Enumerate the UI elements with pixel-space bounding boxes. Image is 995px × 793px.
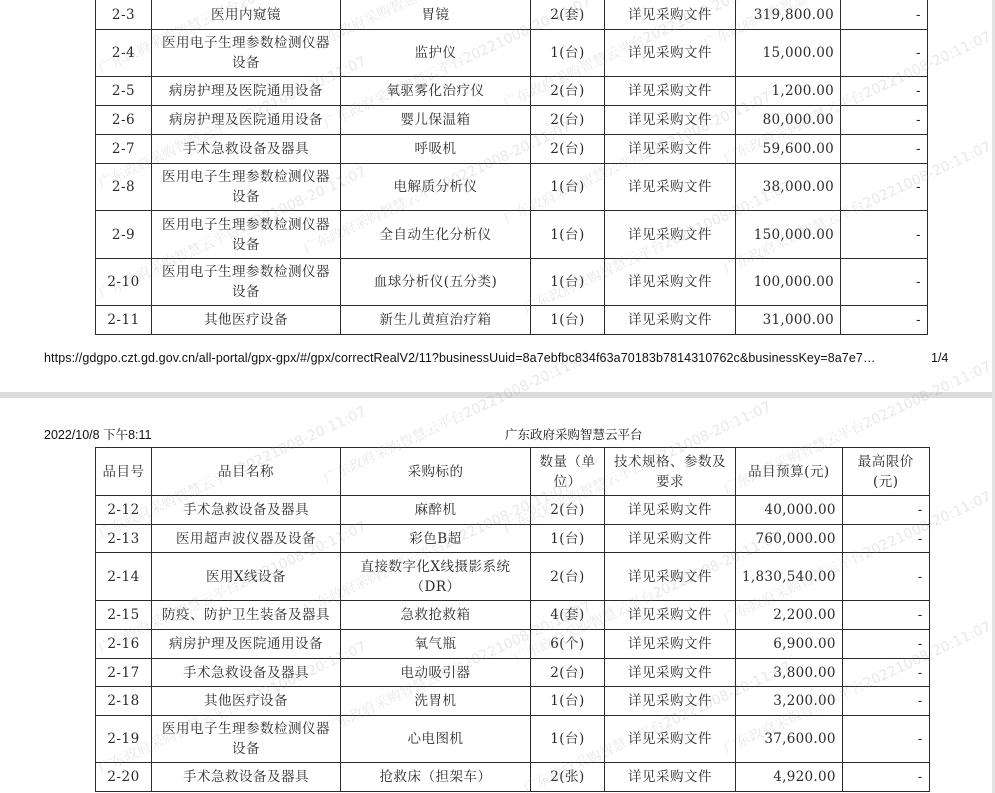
item-name-cell: 医用内窥镜 xyxy=(152,0,341,30)
item-name-cell: 其他医疗设备 xyxy=(152,687,341,716)
item-name-cell: 病房护理及医院通用设备 xyxy=(152,630,341,659)
item-name-cell: 医用超声波仪器及设备 xyxy=(152,525,341,553)
table-row: 2-17手术急救设备及器具电动吸引器2(台)详见采购文件3,800.00- xyxy=(96,659,930,687)
max-price-cell: - xyxy=(842,687,929,716)
item-name-cell: 其他医疗设备 xyxy=(152,306,341,335)
max-price-cell: - xyxy=(841,30,928,77)
quantity-cell: 2(台) xyxy=(531,106,605,135)
table-header-row: 品目号 品目名称 采购标的 数量（单位） 技术规格、参数及要求 品目预算(元) … xyxy=(96,448,930,496)
budget-cell: 3,800.00 xyxy=(736,659,843,687)
table-row: 2-5病房护理及医院通用设备氧驱雾化治疗仪2(台)详见采购文件1,200.00- xyxy=(96,77,928,106)
header-item-no: 品目号 xyxy=(96,448,152,496)
spec-cell: 详见采购文件 xyxy=(605,630,736,659)
quantity-cell: 1(台) xyxy=(531,716,605,763)
item-no-cell: 2-5 xyxy=(96,77,152,106)
quantity-cell: 1(台) xyxy=(531,211,605,259)
table-row: 2-19医用电子生理参数检测仪器设备心电图机1(台)详见采购文件37,600.0… xyxy=(96,716,930,763)
budget-cell: 760,000.00 xyxy=(736,525,843,553)
table-row: 2-15防疫、防护卫生装备及器具急救抢救箱4(套)详见采购文件2,200.00- xyxy=(96,601,930,630)
max-price-cell: - xyxy=(841,0,928,30)
quantity-cell: 2(套) xyxy=(531,0,605,30)
max-price-cell: - xyxy=(841,164,928,211)
spec-cell: 详见采购文件 xyxy=(605,659,736,687)
quantity-cell: 4(套) xyxy=(531,601,605,630)
item-no-cell: 2-9 xyxy=(96,211,152,259)
target-cell: 急救抢救箱 xyxy=(341,601,531,630)
print-header-site-title: 广东政府采购智慧云平台 xyxy=(505,425,643,443)
table-row: 2-10医用电子生理参数检测仪器设备血球分析仪(五分类)1(台)详见采购文件10… xyxy=(96,259,928,306)
item-name-cell: 手术急救设备及器具 xyxy=(152,496,341,525)
item-name-cell: 医用电子生理参数检测仪器设备 xyxy=(152,259,341,306)
target-cell: 氧驱雾化治疗仪 xyxy=(341,77,531,106)
item-no-cell: 2-18 xyxy=(96,687,152,716)
quantity-cell: 1(台) xyxy=(531,164,605,211)
item-name-cell: 医用X线设备 xyxy=(152,553,341,601)
target-cell: 洗胃机 xyxy=(341,687,531,716)
item-name-cell: 手术急救设备及器具 xyxy=(152,659,341,687)
pdf-page-2: 2022/10/8 下午8:11 广东政府采购智慧云平台 品目号 品目名称 采购… xyxy=(0,398,992,793)
item-no-cell: 2-4 xyxy=(96,30,152,77)
item-no-cell: 2-13 xyxy=(96,525,152,553)
print-header-datetime: 2022/10/8 下午8:11 xyxy=(44,425,151,443)
spec-cell: 详见采购文件 xyxy=(605,763,736,792)
max-price-cell: - xyxy=(842,763,929,792)
item-no-cell: 2-12 xyxy=(96,496,152,525)
budget-cell: 2,200.00 xyxy=(736,601,843,630)
header-quantity: 数量（单位） xyxy=(531,448,605,496)
budget-cell: 1,200.00 xyxy=(736,77,841,106)
max-price-cell: - xyxy=(842,659,929,687)
quantity-cell: 1(台) xyxy=(531,259,605,306)
target-cell: 婴儿保温箱 xyxy=(341,106,531,135)
header-budget: 品目预算(元) xyxy=(736,448,843,496)
item-name-cell: 医用电子生理参数检测仪器设备 xyxy=(152,30,341,77)
target-cell: 电动吸引器 xyxy=(341,659,531,687)
spec-cell: 详见采购文件 xyxy=(605,525,736,553)
header-spec: 技术规格、参数及要求 xyxy=(605,448,736,496)
item-name-cell: 医用电子生理参数检测仪器设备 xyxy=(152,164,341,211)
quantity-cell: 2(台) xyxy=(531,553,605,601)
header-target: 采购标的 xyxy=(341,448,531,496)
spec-cell: 详见采购文件 xyxy=(605,106,736,135)
target-cell: 彩色B超 xyxy=(341,525,531,553)
table-row: 2-8医用电子生理参数检测仪器设备电解质分析仪1(台)详见采购文件38,000.… xyxy=(96,164,928,211)
budget-cell: 150,000.00 xyxy=(736,211,841,259)
header-max-price: 最高限价(元) xyxy=(842,448,929,496)
spec-cell: 详见采购文件 xyxy=(605,164,736,211)
max-price-cell: - xyxy=(841,106,928,135)
target-cell: 全自动生化分析仪 xyxy=(341,211,531,259)
max-price-cell: - xyxy=(842,525,929,553)
max-price-cell: - xyxy=(841,306,928,335)
max-price-cell: - xyxy=(841,259,928,306)
budget-cell: 15,000.00 xyxy=(736,30,841,77)
table-row: 2-13医用超声波仪器及设备彩色B超1(台)详见采购文件760,000.00- xyxy=(96,525,930,553)
item-no-cell: 2-7 xyxy=(96,135,152,164)
table-row: 2-6病房护理及医院通用设备婴儿保温箱2(台)详见采购文件80,000.00- xyxy=(96,106,928,135)
spec-cell: 详见采购文件 xyxy=(605,211,736,259)
item-no-cell: 2-3 xyxy=(96,0,152,30)
spec-cell: 详见采购文件 xyxy=(605,716,736,763)
procurement-table-page-2: 品目号 品目名称 采购标的 数量（单位） 技术规格、参数及要求 品目预算(元) … xyxy=(95,447,930,792)
max-price-cell: - xyxy=(842,496,929,525)
table-row: 2-9医用电子生理参数检测仪器设备全自动生化分析仪1(台)详见采购文件150,0… xyxy=(96,211,928,259)
target-cell: 氧气瓶 xyxy=(341,630,531,659)
item-no-cell: 2-17 xyxy=(96,659,152,687)
max-price-cell: - xyxy=(841,211,928,259)
item-no-cell: 2-11 xyxy=(96,306,152,335)
table-row: 2-16病房护理及医院通用设备氧气瓶6(个)详见采购文件6,900.00- xyxy=(96,630,930,659)
item-name-cell: 病房护理及医院通用设备 xyxy=(152,106,341,135)
quantity-cell: 1(台) xyxy=(531,306,605,335)
budget-cell: 59,600.00 xyxy=(736,135,841,164)
max-price-cell: - xyxy=(841,77,928,106)
spec-cell: 详见采购文件 xyxy=(605,30,736,77)
item-name-cell: 手术急救设备及器具 xyxy=(152,135,341,164)
pdf-page-1: 2-3医用内窥镜胃镜2(套)详见采购文件319,800.00-2-4医用电子生理… xyxy=(0,0,992,392)
item-no-cell: 2-14 xyxy=(96,553,152,601)
spec-cell: 详见采购文件 xyxy=(605,601,736,630)
budget-cell: 6,900.00 xyxy=(736,630,843,659)
budget-cell: 3,200.00 xyxy=(736,687,843,716)
spec-cell: 详见采购文件 xyxy=(605,496,736,525)
quantity-cell: 1(台) xyxy=(531,687,605,716)
target-cell: 血球分析仪(五分类) xyxy=(341,259,531,306)
budget-cell: 40,000.00 xyxy=(736,496,843,525)
target-cell: 电解质分析仪 xyxy=(341,164,531,211)
spec-cell: 详见采购文件 xyxy=(605,0,736,30)
target-cell: 胃镜 xyxy=(341,0,531,30)
budget-cell: 1,830,540.00 xyxy=(736,553,843,601)
table-row: 2-4医用电子生理参数检测仪器设备监护仪1(台)详见采购文件15,000.00- xyxy=(96,30,928,77)
procurement-table-page-1: 2-3医用内窥镜胃镜2(套)详见采购文件319,800.00-2-4医用电子生理… xyxy=(95,0,928,335)
target-cell: 直接数字化X线摄影系统（DR） xyxy=(341,553,531,601)
quantity-cell: 2(台) xyxy=(531,77,605,106)
item-no-cell: 2-8 xyxy=(96,164,152,211)
budget-cell: 37,600.00 xyxy=(736,716,843,763)
budget-cell: 38,000.00 xyxy=(736,164,841,211)
target-cell: 抢救床（担架车） xyxy=(341,763,531,792)
budget-cell: 80,000.00 xyxy=(736,106,841,135)
table-row: 2-3医用内窥镜胃镜2(套)详见采购文件319,800.00- xyxy=(96,0,928,30)
budget-cell: 4,920.00 xyxy=(736,763,843,792)
item-name-cell: 手术急救设备及器具 xyxy=(152,763,341,792)
max-price-cell: - xyxy=(842,630,929,659)
spec-cell: 详见采购文件 xyxy=(605,77,736,106)
max-price-cell: - xyxy=(842,601,929,630)
target-cell: 监护仪 xyxy=(341,30,531,77)
budget-cell: 319,800.00 xyxy=(736,0,841,30)
table-row: 2-14医用X线设备直接数字化X线摄影系统（DR）2(台)详见采购文件1,830… xyxy=(96,553,930,601)
quantity-cell: 2(台) xyxy=(531,496,605,525)
max-price-cell: - xyxy=(842,716,929,763)
spec-cell: 详见采购文件 xyxy=(605,306,736,335)
quantity-cell: 2(张) xyxy=(531,763,605,792)
target-cell: 麻醉机 xyxy=(341,496,531,525)
print-footer-url: https://gdgpo.czt.gd.gov.cn/all-portal/g… xyxy=(44,351,876,365)
item-no-cell: 2-15 xyxy=(96,601,152,630)
quantity-cell: 1(台) xyxy=(531,30,605,77)
max-price-cell: - xyxy=(842,553,929,601)
table-row: 2-7手术急救设备及器具呼吸机2(台)详见采购文件59,600.00- xyxy=(96,135,928,164)
spec-cell: 详见采购文件 xyxy=(605,687,736,716)
quantity-cell: 2(台) xyxy=(531,659,605,687)
target-cell: 新生儿黄疸治疗箱 xyxy=(341,306,531,335)
quantity-cell: 6(个) xyxy=(531,630,605,659)
table-row: 2-12手术急救设备及器具麻醉机2(台)详见采购文件40,000.00- xyxy=(96,496,930,525)
item-name-cell: 医用电子生理参数检测仪器设备 xyxy=(152,716,341,763)
budget-cell: 100,000.00 xyxy=(736,259,841,306)
target-cell: 心电图机 xyxy=(341,716,531,763)
item-no-cell: 2-20 xyxy=(96,763,152,792)
table-row: 2-20手术急救设备及器具抢救床（担架车）2(张)详见采购文件4,920.00- xyxy=(96,763,930,792)
table-row: 2-18其他医疗设备洗胃机1(台)详见采购文件3,200.00- xyxy=(96,687,930,716)
item-name-cell: 防疫、防护卫生装备及器具 xyxy=(152,601,341,630)
quantity-cell: 2(台) xyxy=(531,135,605,164)
spec-cell: 详见采购文件 xyxy=(605,135,736,164)
item-name-cell: 医用电子生理参数检测仪器设备 xyxy=(152,211,341,259)
quantity-cell: 1(台) xyxy=(531,525,605,553)
item-no-cell: 2-16 xyxy=(96,630,152,659)
spec-cell: 详见采购文件 xyxy=(605,553,736,601)
table-row: 2-11其他医疗设备新生儿黄疸治疗箱1(台)详见采购文件31,000.00- xyxy=(96,306,928,335)
target-cell: 呼吸机 xyxy=(341,135,531,164)
item-no-cell: 2-6 xyxy=(96,106,152,135)
spec-cell: 详见采购文件 xyxy=(605,259,736,306)
max-price-cell: - xyxy=(841,135,928,164)
item-no-cell: 2-19 xyxy=(96,716,152,763)
header-item-name: 品目名称 xyxy=(152,448,341,496)
print-footer-page-number: 1/4 xyxy=(931,351,948,365)
item-name-cell: 病房护理及医院通用设备 xyxy=(152,77,341,106)
budget-cell: 31,000.00 xyxy=(736,306,841,335)
item-no-cell: 2-10 xyxy=(96,259,152,306)
